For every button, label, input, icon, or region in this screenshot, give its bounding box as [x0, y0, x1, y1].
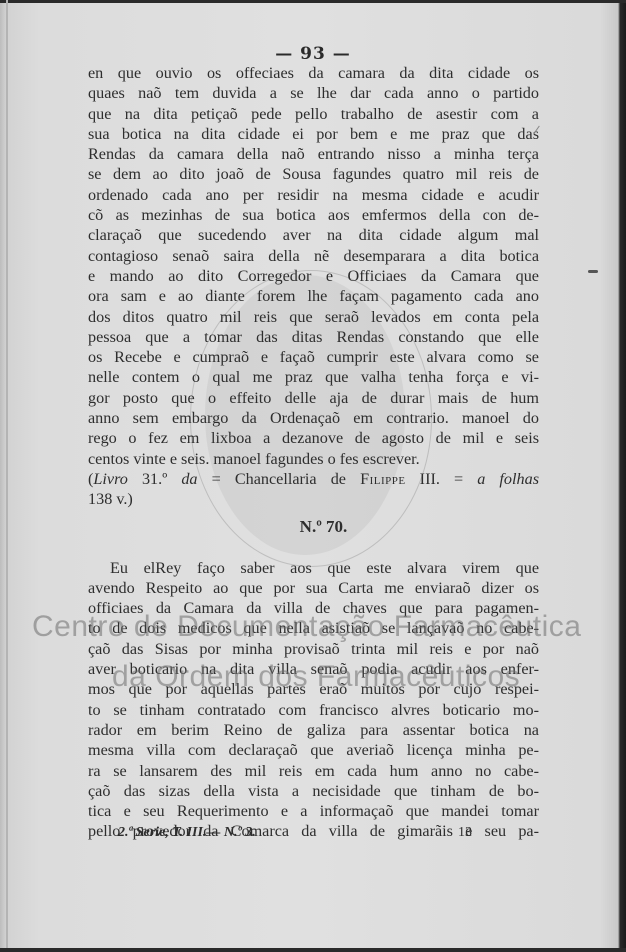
scan-bottom-edge — [0, 948, 626, 952]
reference-chancellaria: Chancellaria de — [235, 470, 360, 488]
text-line: mos que por aquellas partes eraõ muitos … — [88, 679, 539, 699]
paragraph-1: en que ouvio os offeciaes da camara da d… — [88, 63, 539, 469]
scanned-page: — 93 — en que ouvio os offeciaes da cama… — [0, 0, 626, 952]
text-line: se dem ao dito joaõ de Sousa fagundes qu… — [88, 164, 539, 184]
text-line: to de dois medicos que nella asistiaõ se… — [88, 618, 539, 638]
text-line: quaes naõ tem duvida a se lhe dar cada a… — [88, 83, 539, 103]
text-line: ra se lansarem des mil reis em cada hum … — [88, 761, 539, 781]
reference-livro: Livro — [93, 470, 127, 488]
section-heading: N.º 70. — [88, 514, 539, 540]
text-line: aver boticario na dita villa senaõ podia… — [88, 659, 539, 679]
text-line: gor posto que o effeito delle aja de dur… — [88, 388, 539, 408]
source-reference: (Livro 31.º da = Chancellaria de Filippe… — [88, 469, 539, 510]
folio-number: 13 — [458, 825, 472, 841]
page-body: en que ouvio os offeciaes da camara da d… — [88, 63, 539, 842]
text-line: e mando ao dito Corregedor e Officiaes d… — [88, 266, 539, 286]
reference-line-2: 138 v.) — [88, 489, 539, 509]
text-line: ordenado cada ano per residir na mesma c… — [88, 185, 539, 205]
text-line: to se tinham contratado com francisco al… — [88, 700, 539, 720]
scan-top-edge — [0, 0, 626, 3]
text-line: pessoa que a tomar das ditas Rendas cons… — [88, 327, 539, 347]
text-line: anno sem embargo da Ordenaçaõ em contrar… — [88, 408, 539, 428]
text-line: rego o fez em lixboa a dezanove de agost… — [88, 428, 539, 448]
text-line: çaõ das sizas della vista a necisidade q… — [88, 781, 539, 801]
ink-speck — [588, 270, 598, 273]
text-line: cõ as mezinhas de sua botica aos emfermo… — [88, 205, 539, 225]
text-line: mesma villa com declaraçaõ que averiaõ l… — [88, 740, 539, 760]
reference-line-1: (Livro 31.º da = Chancellaria de Filippe… — [88, 469, 539, 489]
text-line: sua botica na dita cidade ei por bem e m… — [88, 124, 539, 144]
text-line: claraçaõ que sucedendo aver na dita cida… — [88, 225, 539, 245]
text-line: officiaes da Camara da villa de chaves q… — [88, 598, 539, 618]
text-line: tica e seu Requerimento e a informaçaõ q… — [88, 801, 539, 821]
text-line: centos vinte e seis. manoel fagundes o f… — [88, 449, 539, 469]
text-line: nelle contem o qual me praz que valha te… — [88, 367, 539, 387]
paragraph-2: Eu elRey faço saber aos que este alvara … — [88, 558, 539, 842]
reference-king: Filippe — [360, 470, 406, 488]
signature-mark: 2.ª Serie, T. III.— N.º 3. — [118, 825, 256, 840]
text-line: dos ditos quatro mil reis que seraõ leva… — [88, 307, 539, 327]
text-line: contagioso senaõ saira della nẽ desempar… — [88, 246, 539, 266]
text-line: os Recebe e cumpraõ e façaõ cumprir este… — [88, 347, 539, 367]
page-number: — 93 — — [0, 44, 626, 64]
text-line: ora sam e ao diante forem lhe façam paga… — [88, 286, 539, 306]
page-gutter — [6, 0, 8, 952]
text-line: Eu elRey faço saber aos que este alvara … — [88, 558, 539, 578]
text-line: Rendas da camara della naõ entrando niss… — [88, 144, 539, 164]
page-footer: 2.ª Serie, T. III.— N.º 3. 13 — [118, 825, 478, 841]
text-line: rador em berim Reino de galiza para asse… — [88, 720, 539, 740]
text-line: avendo Respeito ao que por sua Carta me … — [88, 578, 539, 598]
text-line: en que ouvio os offeciaes da camara da d… — [88, 63, 539, 83]
text-line: çaõ das Sisas por minha provisaõ trinta … — [88, 639, 539, 659]
text-line: que na dita petiçaõ pede pello trabalho … — [88, 104, 539, 124]
